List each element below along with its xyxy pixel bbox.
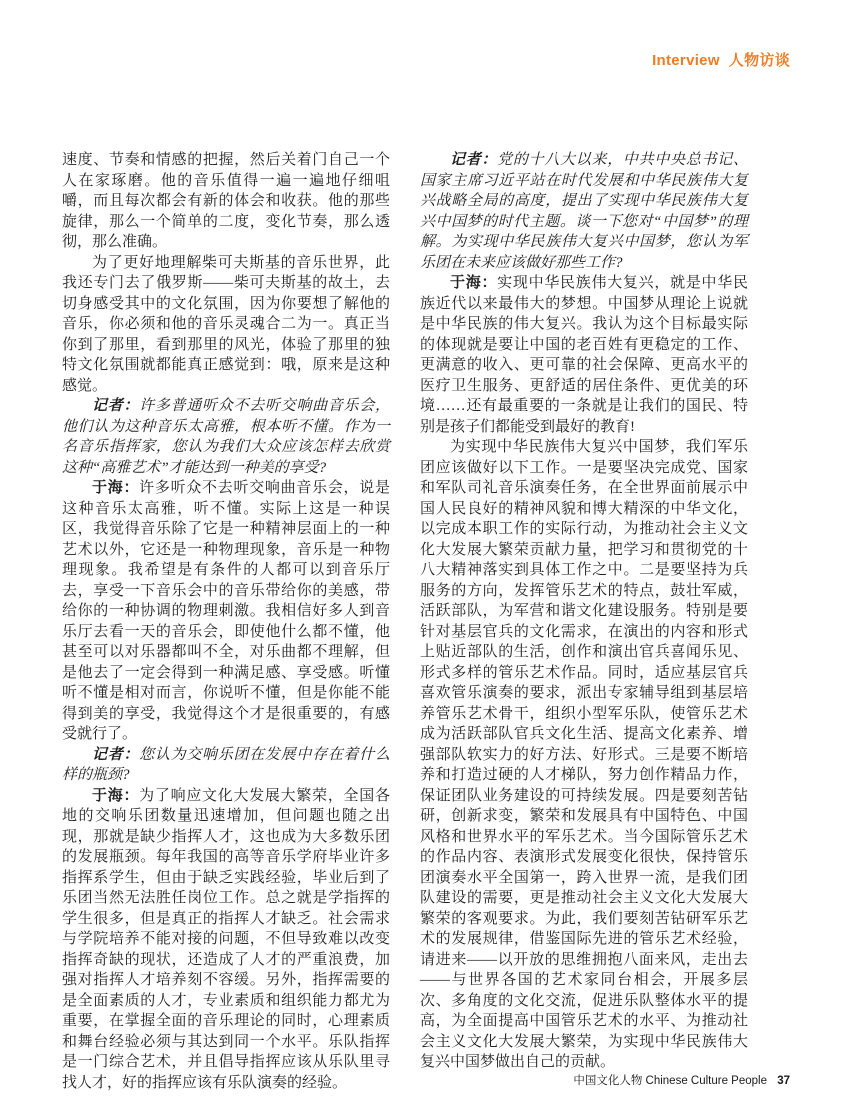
paragraph: 于海：许多听众不去听交响曲音乐会，说是这种音乐太高雅，听不懂。实际上这是一种误区… — [62, 478, 390, 745]
section-header-en: Interview — [652, 52, 720, 69]
speaker-label: 记者： — [92, 747, 139, 763]
paragraph: 为了更好地理解柴可夫斯基的音乐世界，此我还专门去了俄罗斯——柴可夫斯基的故土，去… — [62, 253, 390, 397]
section-header: Interview人物访谈 — [652, 49, 790, 70]
paragraph: 记者：您认为交响乐团在发展中存在着什么样的瓶颈? — [62, 745, 390, 786]
speaker-label: 记者： — [450, 152, 497, 168]
paragraph: 为实现中华民族伟大复兴中国梦，我们军乐团应该做好以下工作。一是要坚决完成党、国家… — [420, 437, 748, 1073]
left-column: 速度、节奏和情感的把握，然后关着门自己一个人在家琢磨。他的音乐值得一遍一遍地仔细… — [62, 150, 390, 1093]
paragraph: 速度、节奏和情感的把握，然后关着门自己一个人在家琢磨。他的音乐值得一遍一遍地仔细… — [62, 150, 390, 253]
paragraph: 于海：实现中华民族伟大复兴，就是中华民族近代以来最伟大的梦想。中国梦从理论上说就… — [420, 273, 748, 437]
speaker-label: 于海： — [92, 480, 139, 496]
speaker-label: 于海： — [450, 275, 497, 291]
paragraph: 于海：为了响应文化大发展大繁荣，全国各地的交响乐团数量迅速增加，但问题也随之出现… — [62, 786, 390, 1094]
magazine-page: Interview人物访谈 速度、节奏和情感的把握，然后关着门自己一个人在家琢磨… — [0, 0, 846, 1102]
speaker-label: 记者： — [92, 398, 139, 414]
journal-title-en: Chinese Culture People — [646, 1075, 767, 1087]
section-header-cn: 人物访谈 — [729, 52, 790, 69]
paragraph: 记者：许多普通听众不去听交响曲音乐会，他们认为这种音乐太高雅，根本听不懂。作为一… — [62, 396, 390, 478]
right-column: 记者：党的十八大以来，中共中央总书记、国家主席习近平站在时代发展和中华民族伟大复… — [420, 150, 748, 1093]
paragraph: 记者：党的十八大以来，中共中央总书记、国家主席习近平站在时代发展和中华民族伟大复… — [420, 150, 748, 273]
journal-title-cn: 中国文化人物 — [573, 1075, 642, 1087]
article-body: 速度、节奏和情感的把握，然后关着门自己一个人在家琢磨。他的音乐值得一遍一遍地仔细… — [62, 150, 748, 1093]
page-number: 37 — [777, 1075, 790, 1087]
speaker-label: 于海： — [92, 788, 139, 804]
page-footer: 中国文化人物 Chinese Culture People 37 — [573, 1072, 790, 1088]
